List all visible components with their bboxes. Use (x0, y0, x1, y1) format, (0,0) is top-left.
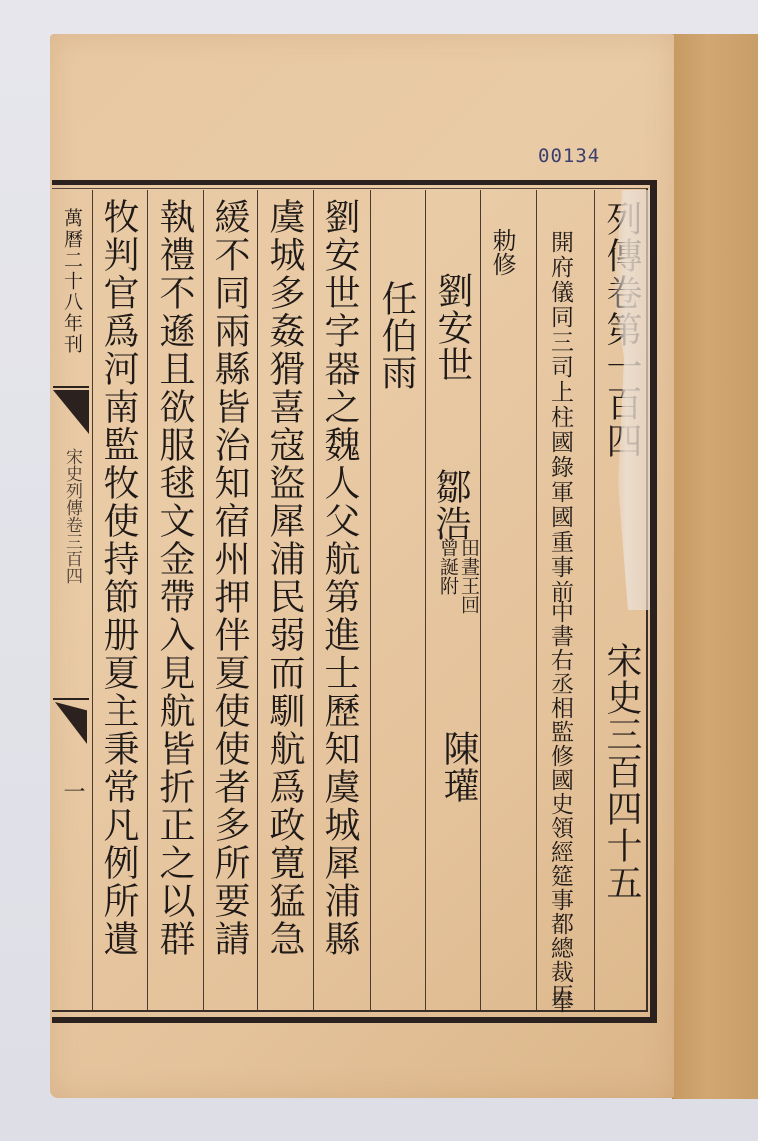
divider (53, 698, 89, 700)
compiler-line-upper: 開府儀同三司上柱國錄軍國重事前 (548, 230, 571, 605)
entry-zou-hao: 鄒浩 (432, 468, 468, 542)
body-column-1: 劉安世字器之魏人父航第進士歷知虞城犀浦縣 (321, 198, 357, 958)
collection-stamp-number: 00134 (538, 145, 600, 167)
body-column-4: 執禮不遜且欲服毬文金帶入見航皆折正之以群 (156, 198, 192, 958)
entry-liu-anshi: 劉安世 (434, 272, 470, 383)
column-rule (480, 190, 536, 1010)
entry-zou-hao-note-left: 曾誕附 (438, 538, 457, 595)
body-column-3: 緩不同兩縣皆治知宿州押伴夏使使者多所要請 (211, 198, 247, 958)
body-column-2: 虞城多姦猾喜寇盜犀浦民弱而馴航爲政寛猛急 (266, 198, 302, 958)
book-photo: 00134 萬曆二十八年刊 宋史列傳卷三百四 一 列傳卷第一百四 宋史三百四十五… (0, 0, 758, 1141)
book-title: 宋史三百四十五 (603, 642, 639, 901)
entry-zou-hao-note-right: 田晝王回 (459, 538, 478, 614)
underlying-page-edge (672, 34, 758, 1099)
upper-fishtail-icon (53, 390, 89, 434)
page-number: 一 (61, 780, 83, 802)
lower-fishtail-icon (55, 702, 87, 744)
imperial-commission: 勅修 (490, 228, 514, 276)
body-column-5: 牧判官爲河南監牧使持節册夏主秉常凡例所遺 (100, 198, 136, 958)
compiler-line-end: 奉 (548, 990, 571, 1013)
fold-title: 宋史列傳卷三百四 (63, 448, 80, 584)
divider (53, 386, 89, 388)
entry-chen-guan: 陳瓘 (440, 730, 476, 804)
compiler-line-lower: 中書右丞相監修國史領經筵事都總裁臣 (548, 600, 571, 1008)
entry-ren-boyu: 任伯雨 (378, 280, 414, 391)
edition-label: 萬曆二十八年刊 (62, 208, 81, 355)
fold-margin: 萬曆二十八年刊 宋史列傳卷三百四 一 (53, 190, 89, 1010)
